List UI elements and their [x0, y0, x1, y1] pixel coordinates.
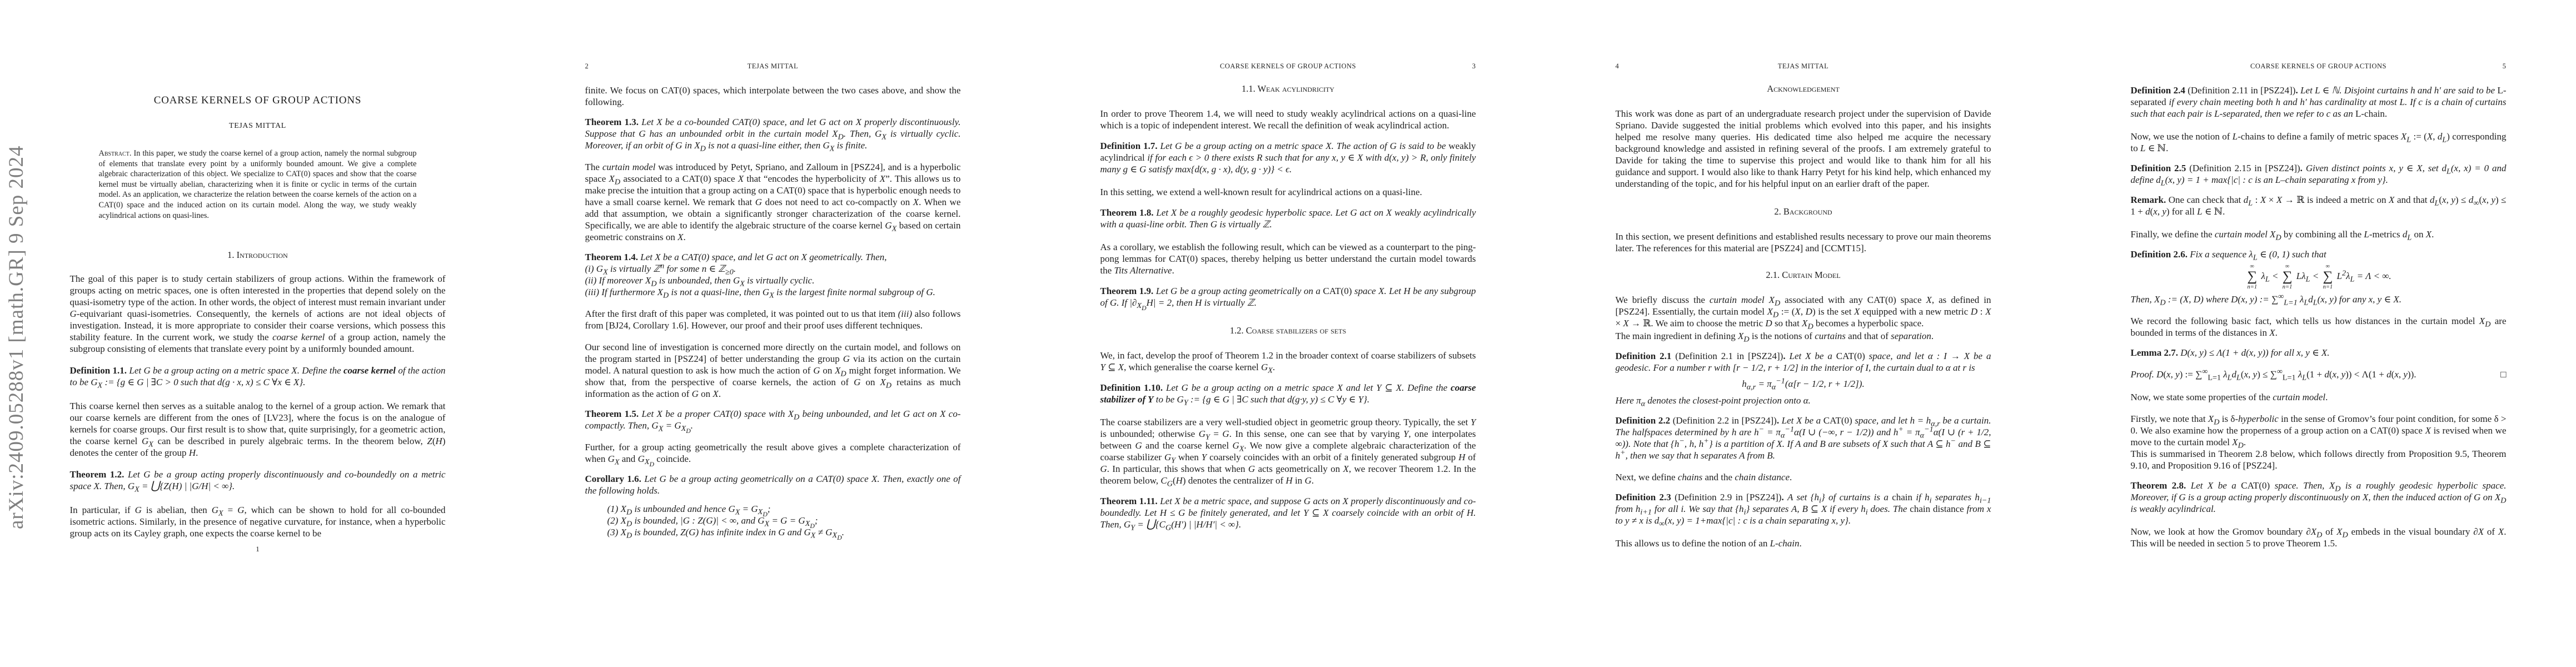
- definition-2-5: Definition 2.5 (Definition 2.15 in [PSZ2…: [2131, 162, 2507, 186]
- section-heading-coarse-stabilizers: 1.2. Coarse stabilizers of sets: [1100, 325, 1476, 336]
- running-head: 4 TEJAS MITTAL: [1616, 62, 1991, 71]
- page-3: COARSE KERNELS OF GROUP ACTIONS 3 1.1. W…: [1030, 0, 1546, 667]
- paper-title: COARSE KERNELS OF GROUP ACTIONS: [70, 94, 446, 107]
- paragraph-gromov-boundary: Now, we look at how the Gromov boundary …: [2131, 526, 2507, 549]
- paragraph-stabilizers: The coarse stabilizers are a very well-s…: [1100, 416, 1476, 486]
- paragraph-order: In order to prove Theorem 1.4, we will n…: [1100, 108, 1476, 131]
- theorem-1-8: Theorem 1.8. Let X be a roughly geodesic…: [1100, 207, 1476, 230]
- page-number-2: 2: [585, 62, 589, 71]
- definition-2-3: Definition 2.3 (Definition 2.9 in [PSZ24…: [1616, 491, 1991, 526]
- definition-1-10: Definition 1.10. Let G be a group acting…: [1100, 382, 1476, 405]
- definition-2-6: Definition 2.6. Fix a sequence λL ∈ (0, …: [2131, 248, 2507, 260]
- paragraph-further: Further, for a group acting geometricall…: [585, 441, 961, 465]
- theorem-1-9: Theorem 1.9. Let G be a group acting geo…: [1100, 285, 1476, 308]
- arxiv-stamp: arXiv:2409.05288v1 [math.GR] 9 Sep 2024: [4, 145, 28, 529]
- page-1-column: COARSE KERNELS OF GROUP ACTIONS TEJAS MI…: [70, 94, 446, 554]
- paragraph-finite: finite. We focus on CAT(0) spaces, which…: [585, 84, 961, 108]
- theorem-1-5: Theorem 1.5. Let X be a proper CAT(0) sp…: [585, 408, 961, 431]
- page-3-column: COARSE KERNELS OF GROUP ACTIONS 3 1.1. W…: [1100, 62, 1476, 530]
- proof-lemma-2-7: Proof. D(x, y) := ∑∞L=1 λLdL(x, y) ≤ ∑∞L…: [2131, 369, 2507, 380]
- paragraph-firstly: Firstly, we note that XD is δ-hyperbolic…: [2131, 413, 2507, 471]
- equation-lambda-sums: ∞∑n=1 λL < ∞∑n=1 LλL < ∞∑n=1 L2λL = Λ < …: [2131, 263, 2507, 290]
- definition-2-4: Definition 2.4 (Definition 2.11 in [PSZ2…: [2131, 84, 2507, 120]
- running-title: TEJAS MITTAL: [748, 62, 798, 70]
- page-number-3: 3: [1472, 62, 1476, 71]
- page-4: 4 TEJAS MITTAL Acknowledgement This work…: [1546, 0, 2061, 667]
- document-canvas: { "arxiv_stamp": "arXiv:2409.05288v1 [ma…: [0, 0, 2576, 667]
- paragraph-briefly: We briefly discuss the curtain model XD …: [1616, 294, 1991, 329]
- section-heading-acknowledgement: Acknowledgement: [1616, 83, 1991, 94]
- lemma-2-7: Lemma 2.7. D(x, y) ≤ Λ(1 + d(x, y)) for …: [2131, 347, 2507, 359]
- running-head: COARSE KERNELS OF GROUP ACTIONS 3: [1100, 62, 1476, 71]
- theorem-1-2: Theorem 1.2. Let G be a group acting pro…: [70, 469, 446, 492]
- page-2: 2 TEJAS MITTAL finite. We focus on CAT(0…: [515, 0, 1030, 667]
- page-number-4: 4: [1616, 62, 1620, 71]
- running-title: COARSE KERNELS OF GROUP ACTIONS: [1220, 62, 1356, 70]
- section-heading-background: 2. Background: [1616, 206, 1991, 217]
- definition-1-7: Definition 1.7. Let G be a group acting …: [1100, 140, 1476, 175]
- page-4-column: 4 TEJAS MITTAL Acknowledgement This work…: [1616, 62, 1991, 549]
- running-head: 2 TEJAS MITTAL: [585, 62, 961, 71]
- paragraph-finally: Finally, we define the curtain model XD …: [2131, 228, 2507, 240]
- paragraph-corollary: As a corollary, we establish the followi…: [1100, 241, 1476, 276]
- theorem-1-3: Theorem 1.3. Let X be a co-bounded CAT(0…: [585, 116, 961, 151]
- paragraph-next: Next, we define chains and the chain dis…: [1616, 471, 1991, 483]
- definition-2-1-end: Here πα denotes the closest-point projec…: [1616, 395, 1991, 406]
- paragraph-second-line: Our second line of investigation is conc…: [585, 341, 961, 400]
- paragraph-acknowledgement: This work was done as part of an undergr…: [1616, 108, 1991, 190]
- remark: Remark. One can check that dL : X × X → …: [2131, 194, 2507, 217]
- paper-author: TEJAS MITTAL: [70, 122, 446, 131]
- section-heading-curtain-model: 2.1. Curtain Model: [1616, 270, 1991, 281]
- page-number-1: 1: [70, 545, 446, 554]
- page-1: arXiv:2409.05288v1 [math.GR] 9 Sep 2024 …: [0, 0, 515, 667]
- paragraph-curtain-model: The curtain model was introduced by Pety…: [585, 161, 961, 243]
- theorem-2-8: Theorem 2.8. Let X be a CAT(0) space. Th…: [2131, 480, 2507, 515]
- definition-2-6-end: Then, XD := (X, D) where D(x, y) := ∑∞L=…: [2131, 293, 2507, 305]
- definition-2-1: Definition 2.1 (Definition 2.1 in [PSZ24…: [1616, 350, 1991, 374]
- paragraph-first-draft: After the first draft of this paper was …: [585, 308, 961, 331]
- paragraph-fact: We, in fact, develop the proof of Theore…: [1100, 350, 1476, 373]
- page-5: COARSE KERNELS OF GROUP ACTIONS 5 Defini…: [2061, 0, 2576, 667]
- paragraph-ingredient: The main ingredient in defining XD is th…: [1616, 330, 1991, 342]
- running-title: TEJAS MITTAL: [1778, 62, 1828, 70]
- paragraph-setting: In this setting, we extend a well-known …: [1100, 186, 1476, 198]
- paragraph-serves: This coarse kernel then serves as a suit…: [70, 400, 446, 459]
- section-heading-weak-acylindricity: 1.1. Weak acylindricity: [1100, 83, 1476, 94]
- paragraph-allows: This allows us to define the notion of a…: [1616, 537, 1991, 549]
- paragraph-now-l-chains: Now, we use the notion of L-chains to de…: [2131, 131, 2507, 154]
- paragraph-record: We record the following basic fact, whic…: [2131, 315, 2507, 339]
- page-number-5: 5: [2503, 62, 2507, 71]
- section-heading-introduction: 1. Introduction: [70, 250, 446, 261]
- abstract: Abstract. In this paper, we study the co…: [99, 148, 417, 221]
- running-head: COARSE KERNELS OF GROUP ACTIONS 5: [2131, 62, 2507, 71]
- definition-1-1: Definition 1.1. Let G be a group acting …: [70, 365, 446, 388]
- running-title: COARSE KERNELS OF GROUP ACTIONS: [2250, 62, 2386, 70]
- paragraph-particular: In particular, if G is abelian, then GX …: [70, 504, 446, 539]
- theorem-1-11: Theorem 1.11. Let X be a metric space, a…: [1100, 495, 1476, 530]
- equation-curtain-dual: hα,r = πα−1(α[r − 1/2, r + 1/2]).: [1616, 378, 1991, 390]
- corollary-1-6: Corollary 1.6. Let G be a group acting g…: [585, 473, 961, 496]
- definition-2-2: Definition 2.2 (Definition 2.2 in [PSZ24…: [1616, 415, 1991, 461]
- theorem-1-4: Theorem 1.4. Let X be a CAT(0) space, an…: [585, 251, 961, 298]
- paragraph-goal: The goal of this paper is to study certa…: [70, 273, 446, 355]
- paragraph-state-properties: Now, we state some properties of the cur…: [2131, 391, 2507, 403]
- page-5-column: COARSE KERNELS OF GROUP ACTIONS 5 Defini…: [2131, 62, 2507, 549]
- corollary-1-6-items: (1) XD is unbounded and hence GX = GXD;(…: [607, 503, 961, 538]
- page-2-column: 2 TEJAS MITTAL finite. We focus on CAT(0…: [585, 62, 961, 538]
- paragraph-section: In this section, we present definitions …: [1616, 231, 1991, 254]
